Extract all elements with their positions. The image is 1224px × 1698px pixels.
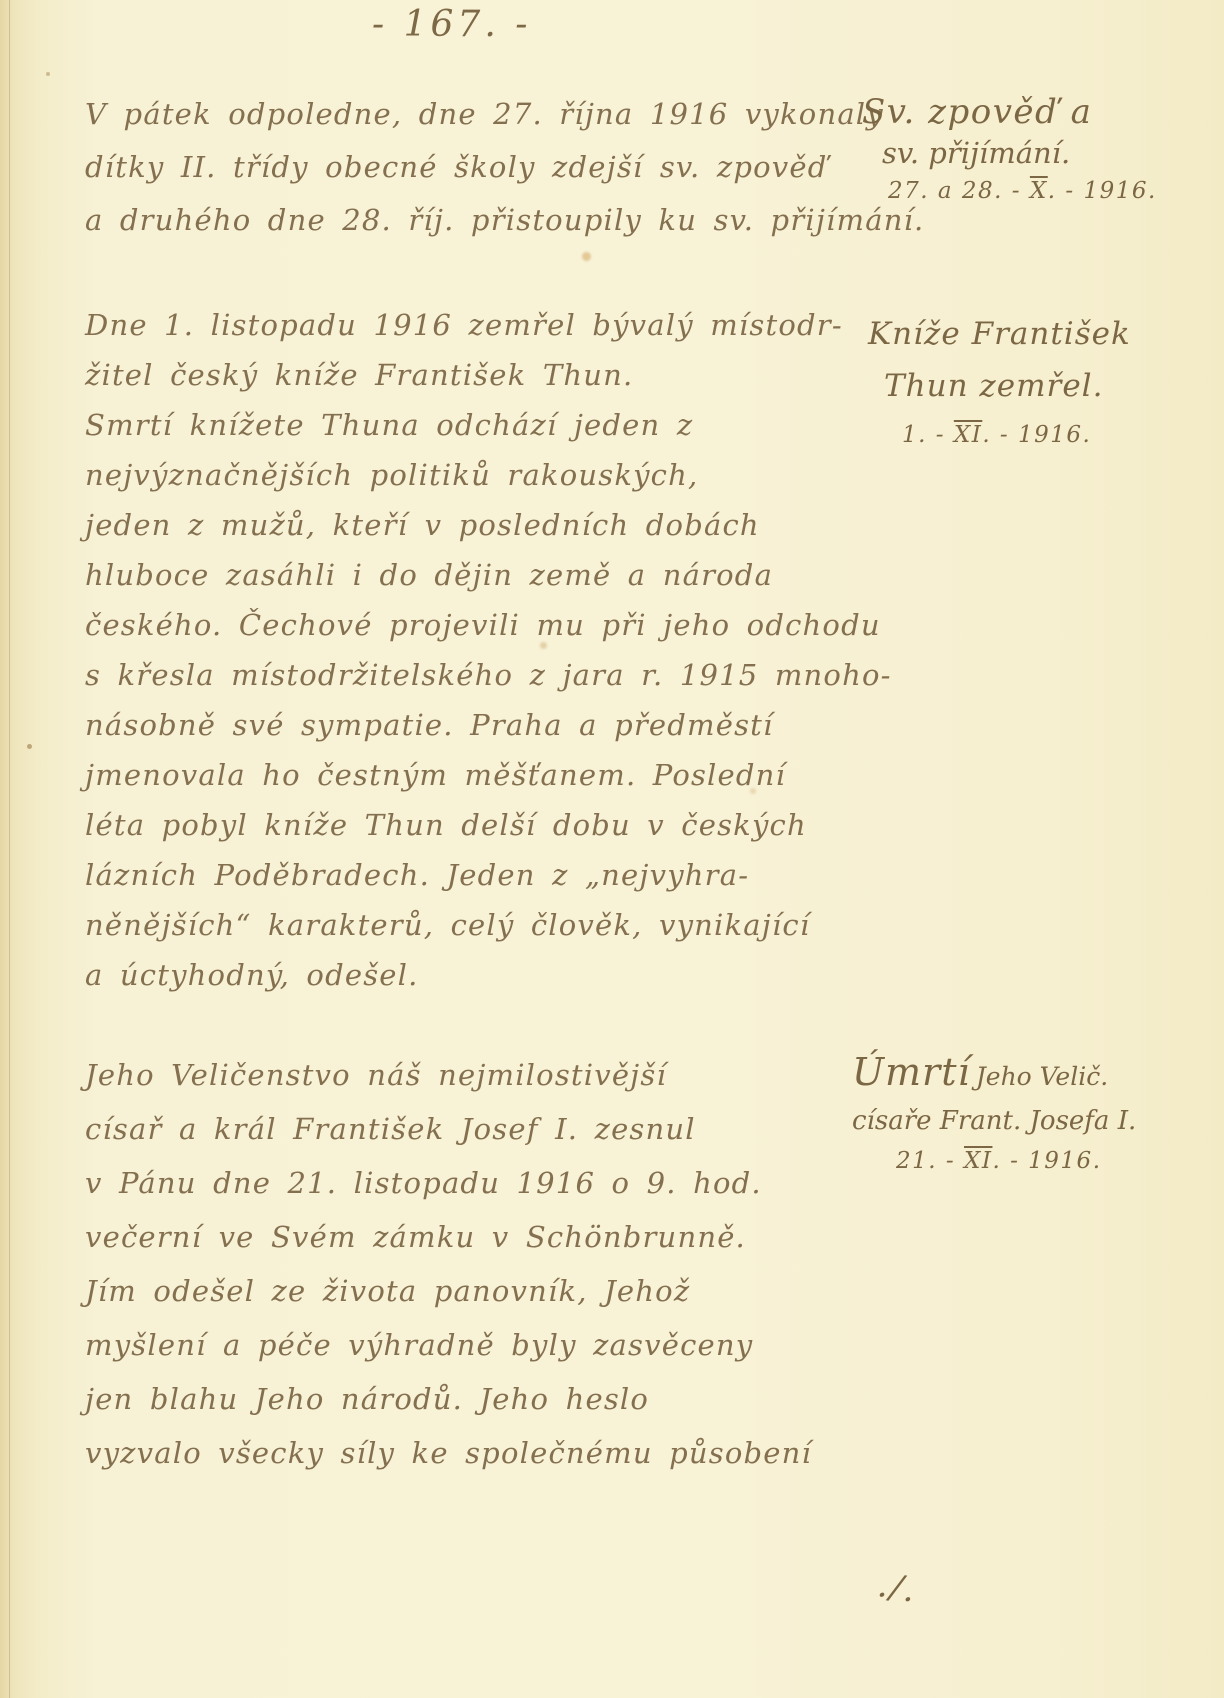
text-line: večerní ve Svém zámku v Schönbrunně.	[85, 1210, 885, 1264]
text-line: žitel český kníže František Thun.	[85, 350, 885, 400]
text-line: jeden z mužů, kteří v posledních dobách	[85, 500, 885, 550]
text-line: hluboce zasáhli i do dějin země a národa	[85, 550, 885, 600]
margin-note-subtitle: Thun zemřel.	[884, 368, 1218, 404]
text-line: a druhého dne 28. říj. přistoupily ku sv…	[85, 194, 885, 247]
date-prefix: 27. a 28. -	[888, 178, 1030, 204]
text-line: vyzvalo všecky síly ke společnému působe…	[85, 1426, 885, 1480]
text-line: s křesla místodržitelského z jara r. 191…	[85, 650, 885, 700]
text-line: císař a král František Josef I. zesnul	[85, 1102, 885, 1156]
text-line: Smrtí knížete Thuna odchází jeden z	[85, 400, 885, 450]
text-line: něnějších“ karakterů, celý člověk, vynik…	[85, 900, 885, 950]
margin-note-title: Úmrtí Jeho Velič.	[852, 1050, 1224, 1094]
text-line: Jím odešel ze života panovník, Jehož	[85, 1264, 885, 1318]
text-line: Jeho Veličenstvo náš nejmilostivější	[85, 1048, 885, 1102]
date-roman-month: XI	[964, 1148, 992, 1174]
manuscript-page: - 167. - V pátek odpoledne, dne 27. říjn…	[0, 0, 1224, 1698]
text-line: Dne 1. listopadu 1916 zemřel bývalý míst…	[85, 300, 885, 350]
date-suffix: . - 1916.	[1048, 178, 1157, 204]
text-line: myšlení a péče výhradně byly zasvěceny	[85, 1318, 885, 1372]
text-line: jmenovala ho čestným měšťanem. Poslední	[85, 750, 885, 800]
margin-note-title: Sv. zpověď a	[862, 92, 1222, 132]
text-line: jen blahu Jeho národů. Jeho heslo	[85, 1372, 885, 1426]
paper-speck	[46, 72, 50, 76]
paper-speck	[582, 252, 591, 261]
margin-note-subtitle: císaře Frant. Josefa I.	[852, 1106, 1224, 1136]
paragraph-thun-death: Dne 1. listopadu 1916 zemřel bývalý míst…	[85, 300, 885, 1000]
text-line: V pátek odpoledne, dne 27. října 1916 vy…	[85, 88, 885, 141]
date-prefix: 1. -	[902, 422, 954, 448]
text-line: léta pobyl kníže Thun delší dobu v český…	[85, 800, 885, 850]
margin-note-confession: Sv. zpověď a sv. přijímání. 27. a 28. - …	[862, 92, 1222, 204]
date-roman-month: XI	[954, 422, 982, 448]
margin-note-date: 27. a 28. - X. - 1916.	[888, 178, 1222, 204]
margin-note-date: 1. - XI. - 1916.	[902, 422, 1218, 448]
text-line: nejvýznačnějších politiků rakouských,	[85, 450, 885, 500]
text-line: v Pánu dne 21. listopadu 1916 o 9. hod.	[85, 1156, 885, 1210]
text-line: lázních Poděbradech. Jeden z „nejvyhra-	[85, 850, 885, 900]
margin-note-emperor: Úmrtí Jeho Velič. císaře Frant. Josefa I…	[852, 1050, 1224, 1174]
paper-speck	[27, 744, 32, 749]
margin-note-title: Kníže František	[868, 316, 1218, 352]
margin-note-title-large: Úmrtí	[852, 1050, 971, 1094]
continuation-mark: ./.	[875, 1565, 920, 1611]
text-line: českého. Čechové projevili mu při jeho o…	[85, 600, 885, 650]
paragraph-confession: V pátek odpoledne, dne 27. října 1916 vy…	[85, 88, 885, 247]
margin-note-subtitle: sv. přijímání.	[882, 136, 1222, 170]
page-number: - 167. -	[372, 4, 531, 45]
text-line: násobně své sympatie. Praha a předměstí	[85, 700, 885, 750]
date-roman-month: X	[1030, 178, 1048, 204]
margin-note-date: 21. - XI. - 1916.	[896, 1148, 1224, 1174]
date-prefix: 21. -	[896, 1148, 964, 1174]
margin-note-title-small: Jeho Velič.	[976, 1062, 1108, 1091]
date-suffix: . - 1916.	[982, 422, 1091, 448]
paragraph-emperor-death: Jeho Veličenstvo náš nejmilostivějšícísa…	[85, 1048, 885, 1480]
text-line: a úctyhodný, odešel.	[85, 950, 885, 1000]
text-line: dítky II. třídy obecné školy zdejší sv. …	[85, 141, 885, 194]
date-suffix: . - 1916.	[992, 1148, 1101, 1174]
margin-note-thun: Kníže František Thun zemřel. 1. - XI. - …	[868, 316, 1218, 448]
page-crease-line	[9, 0, 10, 1698]
